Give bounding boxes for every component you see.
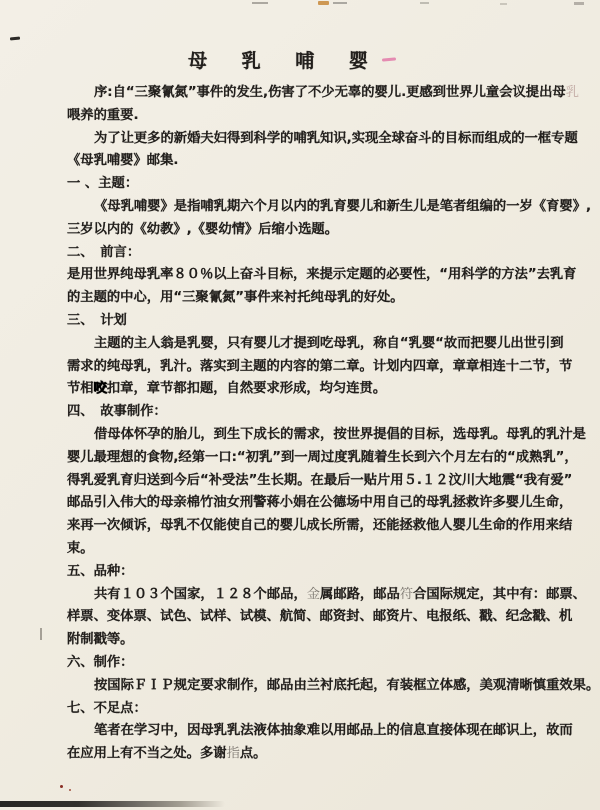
document-text-heavy: 咬: [94, 381, 107, 396]
document-text-light: 指: [227, 746, 240, 761]
document-text: 扣章，章节都扣题，自然要求形成，均匀连贯。: [107, 381, 386, 396]
document-line: 需求的纯母乳，乳汁。落实到主题的内容的第二章。计划内四章，章章相连十二节，节: [67, 356, 574, 379]
document-line: 五、品种：: [67, 561, 574, 584]
document-line: 喂养的重要.: [67, 105, 574, 128]
document-text: 是用世界纯母乳率８０％以上奋斗目标，来提示定题的必要性，“用科学的方法”去乳育: [67, 267, 576, 282]
document-line: 共有１０３个国家，１２８个邮品，金属邮路，邮品符合国际规定，其中有：邮票、: [67, 584, 574, 607]
document-text: 序:自“三聚氰氮”事件的发生,伤害了不少无辜的婴儿.更感到世界儿童会议提出母: [94, 85, 566, 100]
margin-pen-tick: [40, 628, 42, 640]
document-text: 二、 前言：: [67, 245, 140, 260]
document-title: 母 乳 哺 婴: [0, 46, 570, 73]
scan-smudge-top-4: [500, 3, 507, 5]
document-text: 《母乳哺婴》邮集.: [67, 153, 178, 168]
document-line: 六、制作：: [67, 652, 574, 675]
document-text: 为了让更多的新婚夫妇得到科学的哺乳知识,实现全球奋斗的目标而组成的一框专题: [94, 131, 578, 146]
document-text: 合国际规定，其中有：邮票、: [413, 587, 586, 602]
document-line: 一 、主题：: [67, 173, 574, 196]
document-line: 按国际ＦＩＰ规定要求制作，邮品由兰衬底托起，有装框立体感，美观清晰慎重效果。: [67, 675, 574, 698]
document-text: 借母体怀孕的胎儿，到生下成长的需求，按世界提倡的目标，选母乳。母乳的乳汁是: [94, 427, 586, 442]
document-line: 三、 计划: [67, 310, 574, 333]
document-line: 束。: [67, 538, 574, 561]
document-line: 二、 前言：: [67, 242, 574, 265]
document-line: 笔者在学习中，因母乳乳法液体抽象难以用邮品上的信息直接体现在邮识上，故而: [67, 720, 574, 743]
document-text: 七、不足点：: [67, 701, 147, 716]
document-text: 四、 故事制作：: [67, 404, 167, 419]
document-text: 邮品引入伟大的母亲棉竹油女刑警蒋小娟在公德场中用自己的母乳拯救许多婴儿生命，: [67, 495, 572, 510]
document-text: 婴儿最理想的食物,经第一口:“初乳”到一周过度乳随着生长到六个月左右的“成熟乳”…: [67, 450, 578, 465]
document-line: 三岁以内的《幼教》,《婴幼情》后缩小选题。: [67, 219, 574, 242]
document-text: 节相: [67, 381, 94, 396]
red-ink-speck-1: [60, 785, 63, 788]
document-text: 需求的纯母乳，乳汁。落实到主题的内容的第二章。计划内四章，章章相连十二节，节: [67, 359, 572, 374]
document-text: 笔者在学习中，因母乳乳法液体抽象难以用邮品上的信息直接体现在邮识上，故而: [94, 723, 573, 738]
document-line: 来再一次倾诉，母乳不仅能使自己的婴儿成长所需，还能拯救他人婴儿生命的作用来结: [67, 515, 574, 538]
document-text: 来再一次倾诉，母乳不仅能使自己的婴儿成长所需，还能拯救他人婴儿生命的作用来结: [67, 518, 572, 533]
document-line: 为了让更多的新婚夫妇得到科学的哺乳知识,实现全球奋斗的目标而组成的一框专题: [67, 128, 574, 151]
document-line: 邮品引入伟大的母亲棉竹油女刑警蒋小娟在公德场中用自己的母乳拯救许多婴儿生命，: [67, 492, 574, 515]
document-text: 一 、主题：: [67, 176, 138, 191]
document-text-light: 金: [307, 587, 320, 602]
document-line: 样票、变体票、试色、试样、试模、航简、邮资封、邮资片、电报纸、戳、纪念戳、机: [67, 606, 574, 629]
document-text-light: 符: [400, 587, 413, 602]
document-line: 婴儿最理想的食物,经第一口:“初乳”到一周过度乳随着生长到六个月左右的“成熟乳”…: [67, 447, 574, 470]
scanned-document-page: 母 乳 哺 婴 序:自“三聚氰氮”事件的发生,伤害了不少无辜的婴儿.更感到世界儿…: [0, 0, 600, 810]
scan-smudge-top-1: [252, 2, 268, 4]
scan-smudge-left: [10, 36, 20, 40]
document-text: 束。: [67, 541, 94, 556]
document-line: 节相咬扣章，章节都扣题，自然要求形成，均匀连贯。: [67, 378, 574, 401]
document-text: 喂养的重要.: [67, 108, 139, 123]
document-text: 样票、变体票、试色、试样、试模、航简、邮资封、邮资片、电报纸、戳、纪念戳、机: [67, 609, 572, 624]
document-line: 序:自“三聚氰氮”事件的发生,伤害了不少无辜的婴儿.更感到世界儿童会议提出母乳: [67, 82, 574, 105]
red-ink-speck-2: [69, 789, 71, 791]
document-text: 六、制作：: [67, 655, 133, 670]
document-text: 按国际ＦＩＰ规定要求制作，邮品由兰衬底托起，有装框立体感，美观清晰慎重效果。: [94, 678, 599, 693]
document-text: 《母乳哺婴》是指哺乳期六个月以内的乳育婴儿和新生儿是笔者组编的一岁《育婴》,: [94, 199, 591, 214]
document-line: 是用世界纯母乳率８０％以上奋斗目标，来提示定题的必要性，“用科学的方法”去乳育: [67, 264, 574, 287]
scan-edge-shadow: [0, 801, 225, 807]
document-text-faint: 乳: [566, 85, 579, 100]
document-line: 《母乳哺婴》是指哺乳期六个月以内的乳育婴儿和新生儿是笔者组编的一岁《育婴》,: [67, 196, 574, 219]
document-line: 的主题的中心，用“三聚氰氮”事件来衬托纯母乳的好处。: [67, 287, 574, 310]
document-text: 共有１０３个国家，１２８个邮品，: [94, 587, 307, 602]
document-line: 在应用上有不当之处。多谢指点。: [67, 743, 574, 766]
scan-smudge-top-2: [333, 2, 347, 4]
document-text: 五、品种：: [67, 564, 133, 579]
document-line: 得乳爱乳育归送到今后“补受法”生长期。在最后一贴片用５.１２汶川大地震“我有爱”: [67, 470, 574, 493]
scan-smudge-top-3: [420, 2, 429, 4]
document-line: 附制戳等。: [67, 629, 574, 652]
document-line: 七、不足点：: [67, 698, 574, 721]
scan-smudge-top-5: [574, 2, 584, 5]
document-body: 序:自“三聚氰氮”事件的发生,伤害了不少无辜的婴儿.更感到世界儿童会议提出母乳喂…: [67, 82, 574, 766]
document-line: 四、 故事制作：: [67, 401, 574, 424]
document-text: 得乳爱乳育归送到今后“补受法”生长期。在最后一贴片用５.１２汶川大地震“我有爱”: [67, 473, 572, 488]
scan-smudge-top-orange: [318, 1, 329, 5]
document-line: 《母乳哺婴》邮集.: [67, 150, 574, 173]
document-text: 的主题的中心，用“三聚氰氮”事件来衬托纯母乳的好处。: [67, 290, 404, 305]
document-text: 点。: [240, 746, 267, 761]
document-text: 三岁以内的《幼教》,《婴幼情》后缩小选题。: [67, 222, 338, 237]
document-text: 属邮路，邮品: [320, 587, 400, 602]
document-text: 主题的主人翁是乳婴，只有婴儿才提到吃母乳，称自“乳婴“故而把婴儿出世引到: [94, 336, 564, 351]
document-line: 借母体怀孕的胎儿，到生下成长的需求，按世界提倡的目标，选母乳。母乳的乳汁是: [67, 424, 574, 447]
document-text: 三、 计划: [67, 313, 127, 328]
document-line: 主题的主人翁是乳婴，只有婴儿才提到吃母乳，称自“乳婴“故而把婴儿出世引到: [67, 333, 574, 356]
document-text: 附制戳等。: [67, 632, 133, 647]
document-text: 在应用上有不当之处。多谢: [67, 746, 227, 761]
